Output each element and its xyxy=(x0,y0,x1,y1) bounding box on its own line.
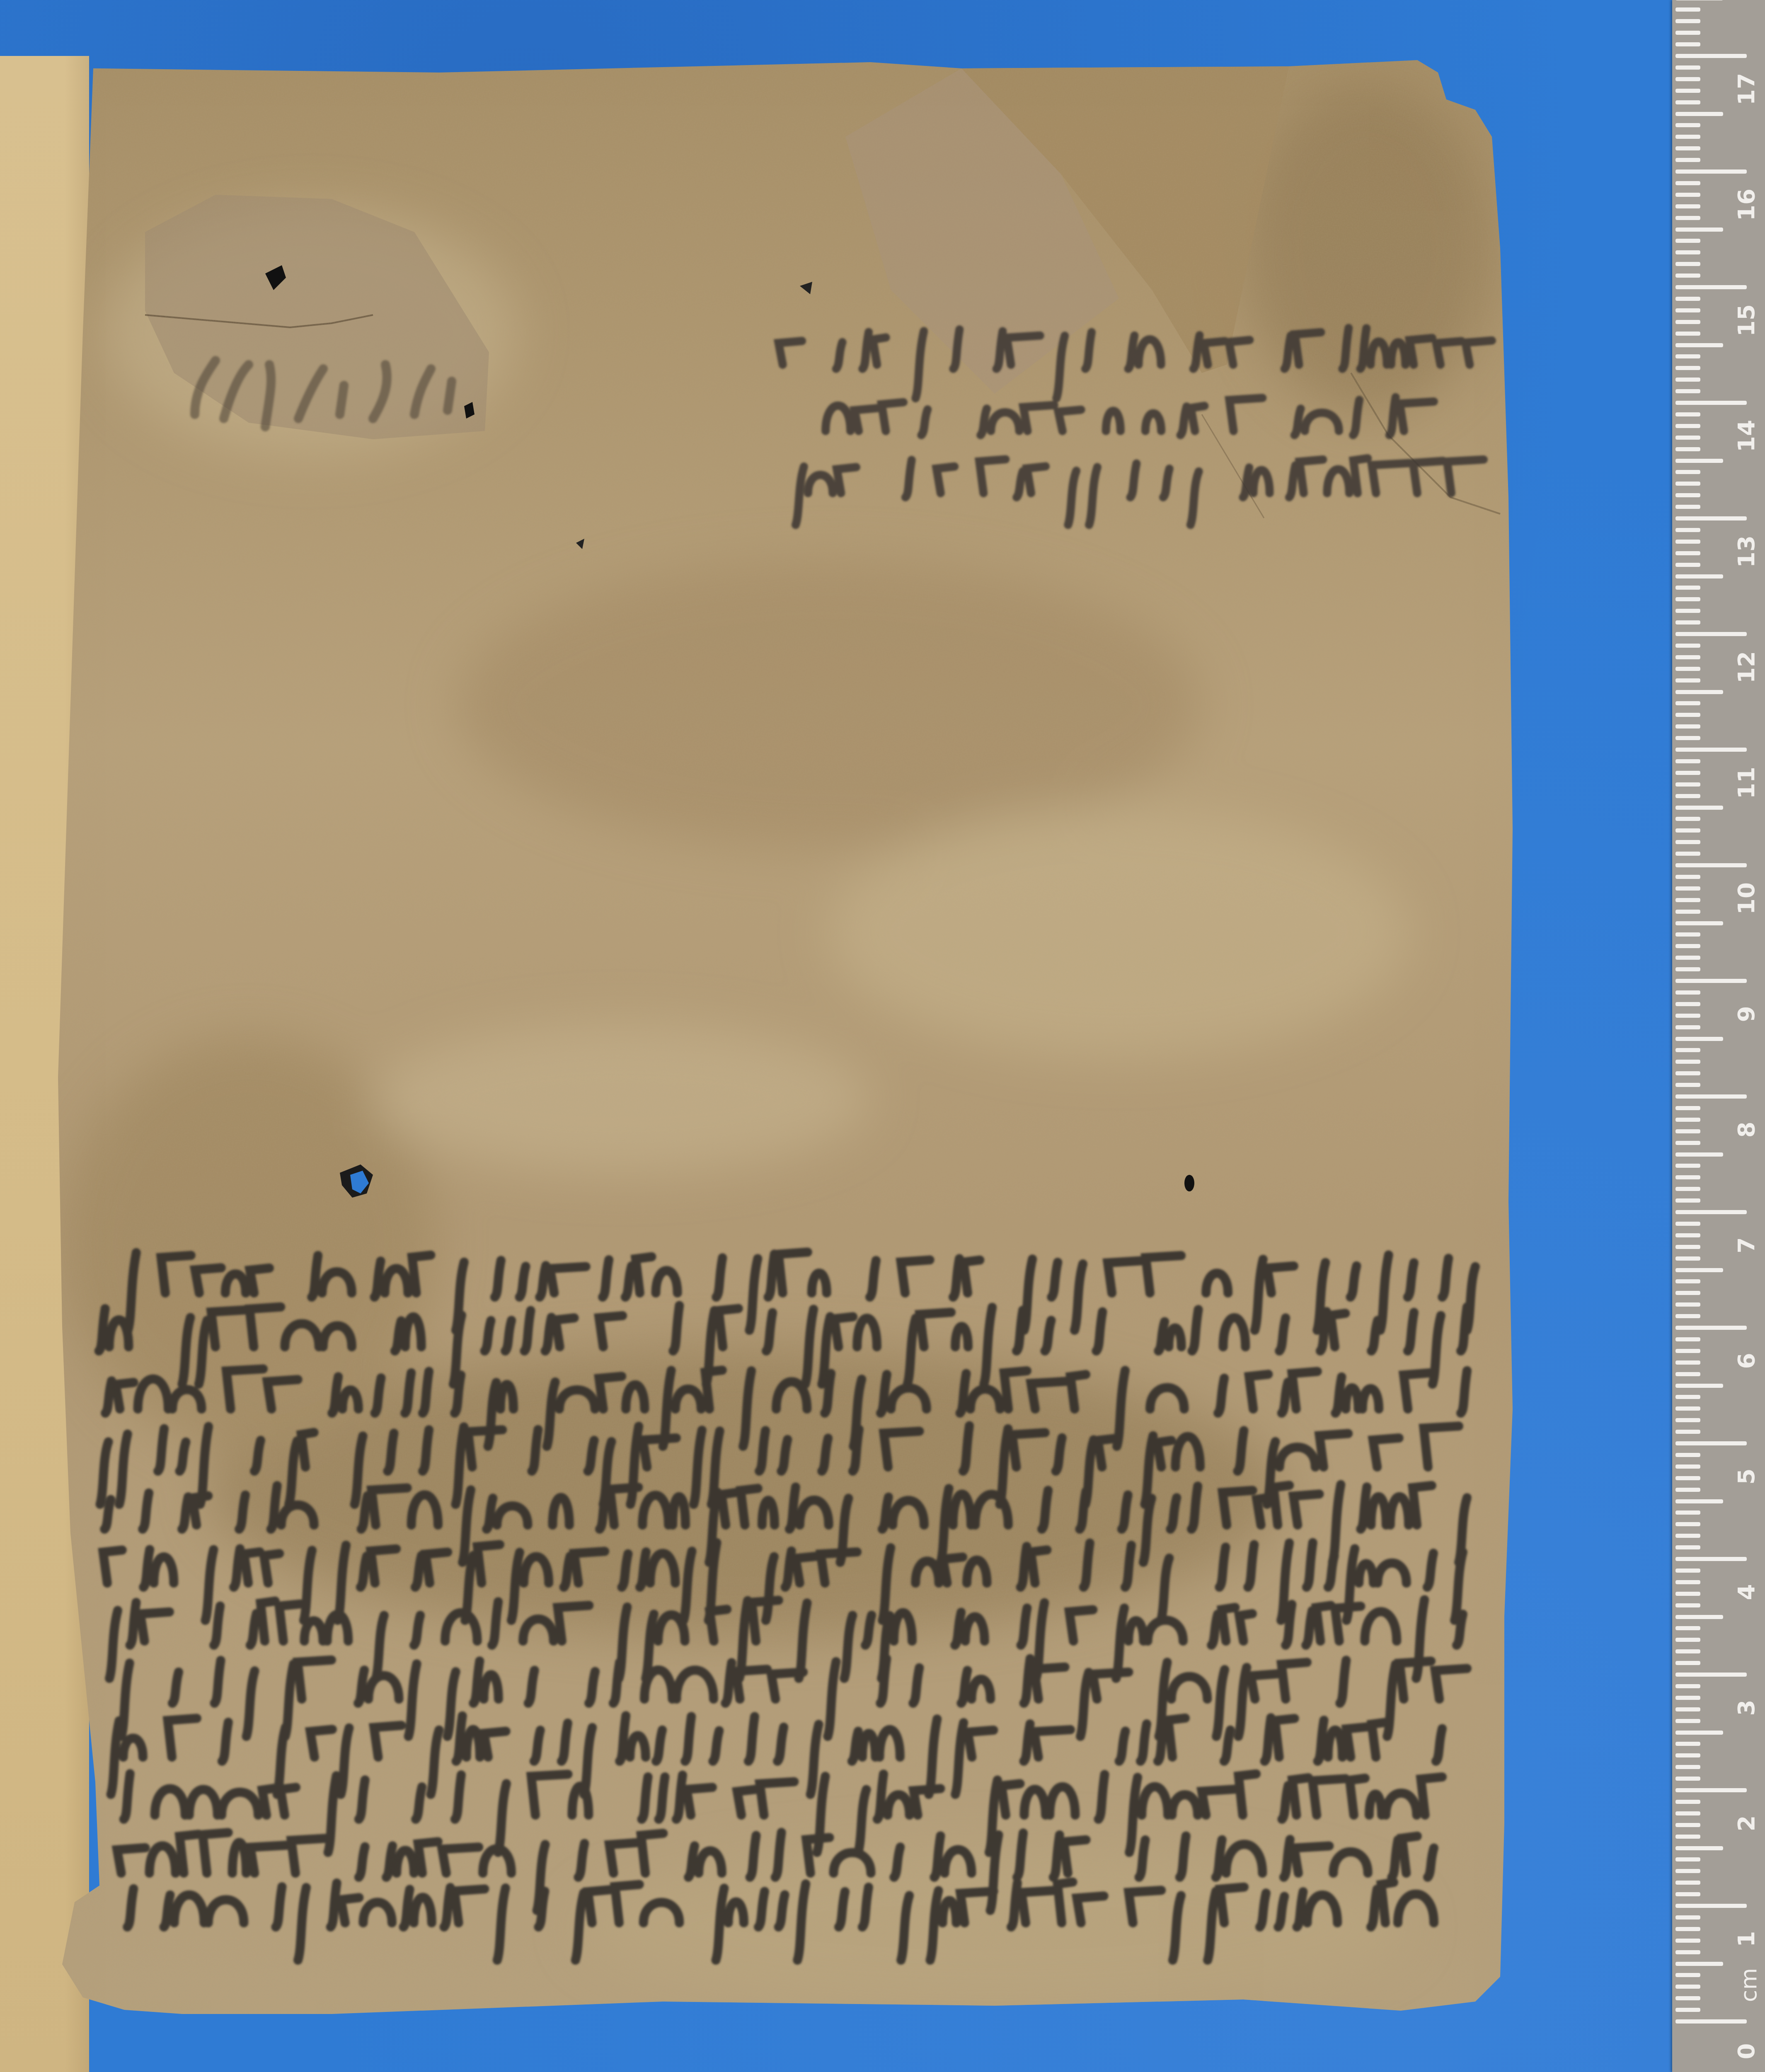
ruler-tick xyxy=(1675,828,1700,833)
ruler-tick xyxy=(1675,1314,1700,1318)
ruler-tick xyxy=(1675,563,1700,567)
ruler-tick xyxy=(1675,436,1700,440)
ruler-tick xyxy=(1675,1060,1700,1064)
ruler-tick xyxy=(1675,1441,1747,1445)
ruler-tick xyxy=(1675,1488,1700,1492)
ruler-tick xyxy=(1675,540,1700,544)
ruler-tick xyxy=(1675,1406,1700,1411)
ruler-tick xyxy=(1675,817,1700,821)
ruler-tick xyxy=(1675,1302,1700,1307)
ruler-tick xyxy=(1675,1025,1700,1029)
ruler-tick xyxy=(1675,875,1700,879)
ruler-tick xyxy=(1675,158,1700,162)
ruler-tick xyxy=(1675,921,1723,925)
ruler-tick xyxy=(1675,2008,1700,2012)
ruler-tick xyxy=(1675,1580,1700,1584)
ruler-tick xyxy=(1675,1349,1700,1353)
ruler-cm-label: 14 xyxy=(1734,419,1759,453)
ruler-tick xyxy=(1675,1731,1723,1735)
ruler-tick xyxy=(1675,1291,1700,1295)
ruler-tick xyxy=(1675,1014,1700,1018)
ruler-tick xyxy=(1675,736,1700,740)
ruler-tick xyxy=(1675,1684,1700,1688)
ruler-tick xyxy=(1675,1164,1700,1168)
ruler-tick xyxy=(1675,412,1700,416)
ruler-unit-label: cm xyxy=(1736,1966,1761,2004)
ruler-tick xyxy=(1675,1869,1700,1873)
ruler-tick xyxy=(1675,42,1700,46)
ruler-cm-label: 8 xyxy=(1734,1113,1759,1146)
ruler-tick xyxy=(1675,1279,1700,1283)
ruler-tick xyxy=(1675,1453,1700,1457)
ruler-tick xyxy=(1675,1545,1700,1549)
ruler-tick xyxy=(1675,1384,1723,1388)
ruler-tick xyxy=(1675,1360,1700,1365)
ruler-tick xyxy=(1675,1915,1700,1920)
ruler-tick xyxy=(1675,0,1723,0)
ruler-tick xyxy=(1675,1464,1700,1469)
ruler-tick xyxy=(1675,1846,1723,1850)
ruler-tick xyxy=(1675,771,1700,775)
ruler-tick xyxy=(1675,944,1700,948)
ruler-tick xyxy=(1675,1499,1723,1503)
ruler-tick xyxy=(1675,1222,1700,1226)
ruler-tick xyxy=(1675,1129,1700,1133)
ruler-tick xyxy=(1675,1522,1700,1526)
ruler-cm-label: 17 xyxy=(1734,73,1759,106)
ruler-tick xyxy=(1675,1615,1723,1619)
ruler-tick xyxy=(1675,2019,1747,2024)
ruler-tick xyxy=(1675,308,1700,312)
ruler-tick xyxy=(1675,794,1700,798)
ruler-tick xyxy=(1675,1823,1700,1827)
ruler-tick xyxy=(1675,528,1700,532)
ruler-tick xyxy=(1675,262,1700,266)
ruler-tick xyxy=(1675,886,1700,891)
ruler-tick xyxy=(1675,297,1700,301)
ruler-tick xyxy=(1675,1510,1700,1515)
ruler-tick xyxy=(1675,31,1700,35)
ruler-tick xyxy=(1675,701,1700,705)
ruler-tick xyxy=(1675,274,1700,278)
ruler-tick xyxy=(1675,586,1700,590)
ruler-tick xyxy=(1675,863,1747,867)
ruler-tick xyxy=(1675,1985,1700,1989)
ruler-tick xyxy=(1675,1719,1700,1723)
ruler-tick xyxy=(1675,1048,1700,1052)
ruler-tick xyxy=(1675,424,1700,428)
ruler-tick xyxy=(1675,1962,1723,1966)
ruler-tick xyxy=(1675,1811,1700,1815)
ruler-tick xyxy=(1675,574,1723,579)
ruler-tick xyxy=(1675,1673,1747,1677)
ruler-tick xyxy=(1675,724,1700,729)
ruler-tick xyxy=(1675,551,1700,555)
ruler-tick xyxy=(1675,690,1723,694)
ruler-tick xyxy=(1675,609,1700,613)
ruler-tick xyxy=(1675,1152,1723,1157)
ruler-tick xyxy=(1675,1187,1700,1191)
ruler-tick xyxy=(1675,759,1700,763)
ruler-tick xyxy=(1675,1696,1700,1700)
ruler-tick xyxy=(1675,1777,1700,1781)
ruler-tick xyxy=(1675,1638,1700,1642)
ruler-tick xyxy=(1675,516,1747,520)
ruler-tick xyxy=(1675,932,1700,937)
ruler-cm-label: 7 xyxy=(1734,1229,1759,1262)
ruler-tick xyxy=(1675,1892,1700,1896)
ruler-tick xyxy=(1675,840,1700,844)
ruler-tick xyxy=(1675,1002,1700,1006)
ruler-tick xyxy=(1675,146,1700,150)
ruler-tick xyxy=(1675,898,1700,902)
ruler-cm-label: 2 xyxy=(1734,1807,1759,1840)
ruler-tick xyxy=(1675,250,1700,254)
ruler-tick xyxy=(1675,1939,1700,1943)
ruler-tick xyxy=(1675,1707,1700,1711)
ruler-tick xyxy=(1675,1268,1723,1272)
ruler-tick xyxy=(1675,806,1723,810)
ruler-tick xyxy=(1675,459,1723,463)
ruler-tick xyxy=(1675,1557,1747,1561)
ruler-tick xyxy=(1675,1256,1700,1261)
ruler-tick xyxy=(1675,1661,1700,1665)
ruler-tick xyxy=(1675,401,1747,405)
ruler-tick xyxy=(1675,204,1700,208)
ruler-tick xyxy=(1675,1118,1700,1122)
ruler-tick xyxy=(1675,1141,1700,1145)
ruler-tick xyxy=(1675,1973,1700,1977)
ruler-tick xyxy=(1675,644,1700,648)
ruler-tick xyxy=(1675,1881,1700,1885)
ruler-tick xyxy=(1675,1233,1700,1237)
ruler-tick xyxy=(1675,1603,1700,1607)
ruler-tick xyxy=(1675,285,1747,289)
ruler-tick xyxy=(1675,1649,1700,1653)
ruler-tick xyxy=(1675,332,1700,336)
ruler-zero-label: 0 xyxy=(1734,2035,1759,2068)
ruler-tick xyxy=(1675,1337,1700,1341)
ruler-tick xyxy=(1675,1106,1700,1110)
ruler-tick xyxy=(1675,1835,1700,1839)
ruler-cm-label: 4 xyxy=(1734,1576,1759,1609)
ruler-tick xyxy=(1675,447,1700,451)
ruler-tick xyxy=(1675,493,1700,497)
ruler-tick xyxy=(1675,1037,1723,1041)
ruler-tick xyxy=(1675,470,1700,474)
ruler-cm-label: 1 xyxy=(1734,1922,1759,1956)
ruler-tick xyxy=(1675,77,1700,81)
ruler-tick xyxy=(1675,632,1747,636)
ruler-tick xyxy=(1675,655,1700,659)
ruler-tick xyxy=(1675,678,1700,683)
ruler-tick xyxy=(1675,505,1700,509)
ruler-tick xyxy=(1675,354,1700,358)
ruler-tick xyxy=(1675,100,1700,104)
ruler-tick xyxy=(1675,1742,1700,1746)
ruler-tick xyxy=(1675,1753,1700,1757)
ruler-cm-label: 9 xyxy=(1734,997,1759,1031)
ruler-tick xyxy=(1675,1765,1700,1769)
centimetre-scale-ruler: cm 0 1234567891011121314151617 xyxy=(1672,0,1765,2072)
ruler-tick xyxy=(1675,1094,1747,1099)
ruler-tick xyxy=(1675,65,1700,70)
ruler-tick xyxy=(1675,748,1747,752)
ruler-tick xyxy=(1675,320,1700,324)
ruler-tick xyxy=(1675,181,1700,185)
ruler-tick xyxy=(1675,1245,1700,1249)
ruler-tick xyxy=(1675,1083,1700,1087)
ruler-tick xyxy=(1675,1476,1700,1480)
ruler-tick xyxy=(1675,1395,1700,1399)
ruler-tick xyxy=(1675,1800,1700,1804)
ruler-cm-label: 12 xyxy=(1734,651,1759,684)
ruler-cm-label: 11 xyxy=(1734,766,1759,799)
ruler-tick xyxy=(1675,193,1700,197)
ruler-cm-label: 3 xyxy=(1734,1691,1759,1724)
ruler-tick xyxy=(1675,343,1723,347)
ruler-tick xyxy=(1675,1927,1700,1931)
ruler-tick xyxy=(1675,216,1700,220)
ruler-tick xyxy=(1675,1210,1747,1214)
ruler-tick xyxy=(1675,910,1700,914)
ruler-tick xyxy=(1675,852,1700,856)
ruler-tick xyxy=(1675,1372,1700,1376)
ruler-tick xyxy=(1675,482,1700,486)
ruler-tick xyxy=(1675,1950,1700,1954)
ruler-tick xyxy=(1675,378,1700,382)
ruler-cm-label: 6 xyxy=(1734,1344,1759,1377)
ruler-tick xyxy=(1675,54,1747,58)
ruler-cm-label: 5 xyxy=(1734,1460,1759,1493)
ruler-tick xyxy=(1675,967,1700,971)
ruler-tick xyxy=(1675,1198,1700,1203)
ruler-tick xyxy=(1675,19,1700,23)
ruler-tick xyxy=(1675,667,1700,671)
ruler-cm-label: 16 xyxy=(1734,188,1759,221)
ruler-tick xyxy=(1675,123,1700,127)
ruler-tick xyxy=(1675,1534,1700,1538)
ruler-tick xyxy=(1675,620,1700,625)
ruler-tick xyxy=(1675,979,1747,983)
ruler-cm-label: 15 xyxy=(1734,304,1759,337)
ruler-tick xyxy=(1675,1175,1700,1179)
ruler-tick xyxy=(1675,1996,1700,2000)
ruler-tick xyxy=(1675,713,1700,717)
ruler-tick xyxy=(1675,239,1700,243)
parchment-fragment xyxy=(0,0,1765,2072)
ruler-tick xyxy=(1675,1626,1700,1630)
ruler-tick xyxy=(1675,112,1723,116)
ruler-tick xyxy=(1675,228,1723,232)
ruler-tick xyxy=(1675,597,1700,601)
ruler-cm-label: 13 xyxy=(1734,535,1759,568)
ruler-tick xyxy=(1675,366,1700,370)
ruler-tick xyxy=(1675,89,1700,93)
ruler-tick xyxy=(1675,1071,1700,1075)
ruler-tick xyxy=(1675,1430,1700,1434)
ruler-tick xyxy=(1675,1418,1700,1422)
ruler-tick xyxy=(1675,1326,1747,1330)
ruler-tick xyxy=(1675,1788,1747,1792)
ruler-tick xyxy=(1675,169,1747,174)
ruler-tick xyxy=(1675,1592,1700,1596)
ruler-tick xyxy=(1675,1857,1700,1861)
ruler-tick xyxy=(1675,1904,1747,1908)
ruler-tick xyxy=(1675,1569,1700,1573)
ruler-tick xyxy=(1675,389,1700,393)
ruler-tick xyxy=(1675,956,1700,960)
ruler-tick xyxy=(1675,135,1700,139)
ruler-tick xyxy=(1675,990,1700,995)
ruler-tick xyxy=(1675,7,1700,12)
ruler-tick xyxy=(1675,782,1700,787)
ruler-cm-label: 10 xyxy=(1734,882,1759,915)
